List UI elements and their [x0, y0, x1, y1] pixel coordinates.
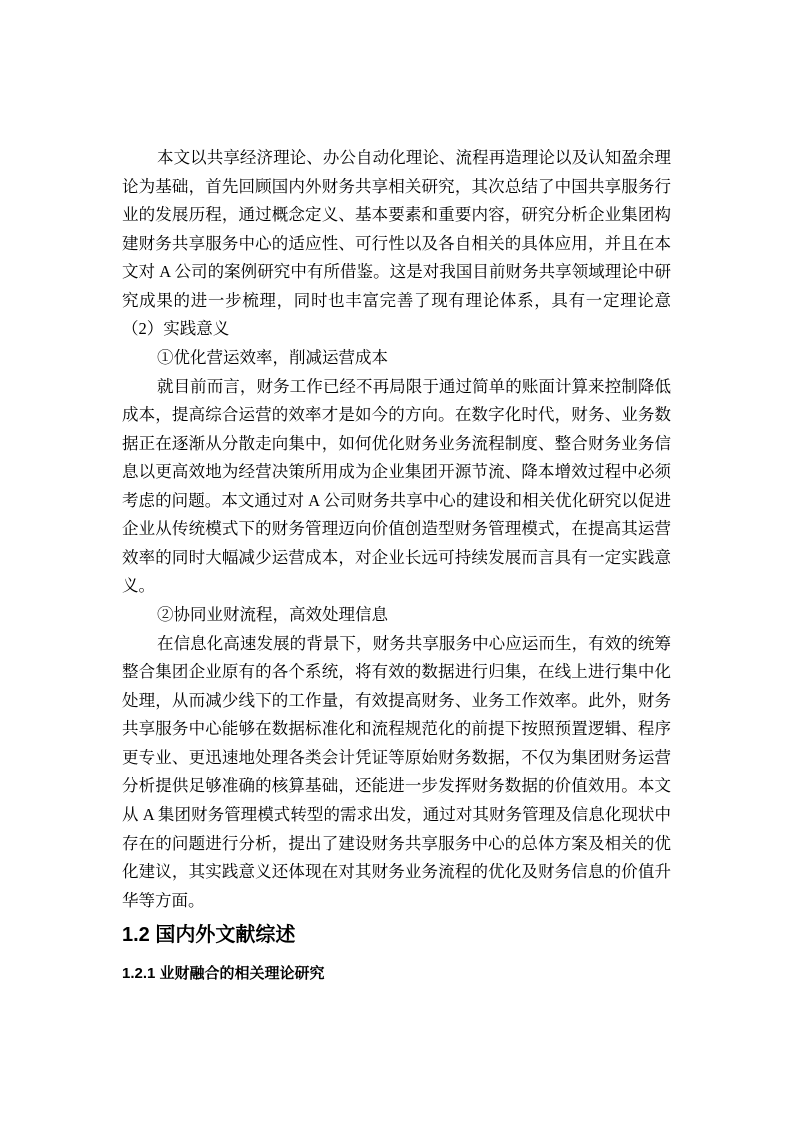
text-line: 据正在逐渐从分散走向集中，如何优化财务业务流程制度、整合财务业务信: [122, 430, 671, 459]
text-line: 存在的问题进行分析，提出了建设财务共享服务中心的总体方案及相关的优: [122, 830, 671, 859]
text-line: 本文以共享经济理论、办公自动化理论、流程再造理论以及认知盈余理: [122, 144, 671, 173]
text-line: 整合集团企业原有的各个系统，将有效的数据进行归集，在线上进行集中化: [122, 658, 671, 687]
text-line: 在信息化高速发展的背景下，财务共享服务中心应运而生，有效的统筹: [122, 630, 671, 659]
subsection-heading: 1.2.1 业财融合的相关理论研究: [122, 963, 671, 985]
text-line: 究成果的进一步梳理，同时也丰富完善了现有理论体系，具有一定理论意义。: [122, 287, 671, 316]
document-page: 本文以共享经济理论、办公自动化理论、流程再造理论以及认知盈余理 论为基础，首先回…: [0, 0, 793, 1122]
text-line: 化建议，其实践意义还体现在对其财务业务流程的优化及财务信息的价值升: [122, 858, 671, 887]
text-line: 企业从传统模式下的财务管理迈向价值创造型财务管理模式，在提高其运营: [122, 515, 671, 544]
text-line: 从 A 集团财务管理模式转型的需求出发，通过对其财务管理及信息化现状中: [122, 801, 671, 830]
list-item-title: ②协同业财流程，高效处理信息: [122, 601, 671, 630]
text-line: 处理，从而减少线下的工作量，有效提高财务、业务工作效率。此外，财务: [122, 687, 671, 716]
text-line: 文对 A 公司的案例研究中有所借鉴。这是对我国目前财务共享领域理论中研: [122, 258, 671, 287]
page-body: 本文以共享经济理论、办公自动化理论、流程再造理论以及认知盈余理 论为基础，首先回…: [122, 144, 671, 985]
text-line: 效率的同时大幅减少运营成本，对企业长远可持续发展而言具有一定实践意: [122, 544, 671, 573]
text-line: 建财务共享服务中心的适应性、可行性以及各自相关的具体应用，并且在本: [122, 230, 671, 259]
text-line: 华等方面。: [122, 887, 671, 916]
list-item-title: ①优化营运效率，削减运营成本: [122, 344, 671, 373]
text-line: 就目前而言，财务工作已经不再局限于通过简单的账面计算来控制降低: [122, 373, 671, 402]
section-heading: 1.2 国内外文献综述: [122, 921, 671, 949]
section-label: （2）实践意义: [122, 315, 671, 344]
text-line: 考虑的问题。本文通过对 A 公司财务共享中心的建设和相关优化研究以促进: [122, 487, 671, 516]
text-line: 业的发展历程，通过概念定义、基本要素和重要内容，研究分析企业集团构: [122, 201, 671, 230]
text-line: 成本，提高综合运营的效率才是如今的方向。在数字化时代，财务、业务数: [122, 401, 671, 430]
text-line: 义。: [122, 572, 671, 601]
text-line: 论为基础，首先回顾国内外财务共享相关研究，其次总结了中国共享服务行: [122, 173, 671, 202]
text-line: 息以更高效地为经营决策所用成为企业集团开源节流、降本增效过程中必须: [122, 458, 671, 487]
text-line: 共享服务中心能够在数据标准化和流程规范化的前提下按照预置逻辑、程序: [122, 715, 671, 744]
text-line: 分析提供足够准确的核算基础，还能进一步发挥财务数据的价值效用。本文: [122, 772, 671, 801]
text-line: 更专业、更迅速地处理各类会计凭证等原始财务数据，不仅为集团财务运营: [122, 744, 671, 773]
